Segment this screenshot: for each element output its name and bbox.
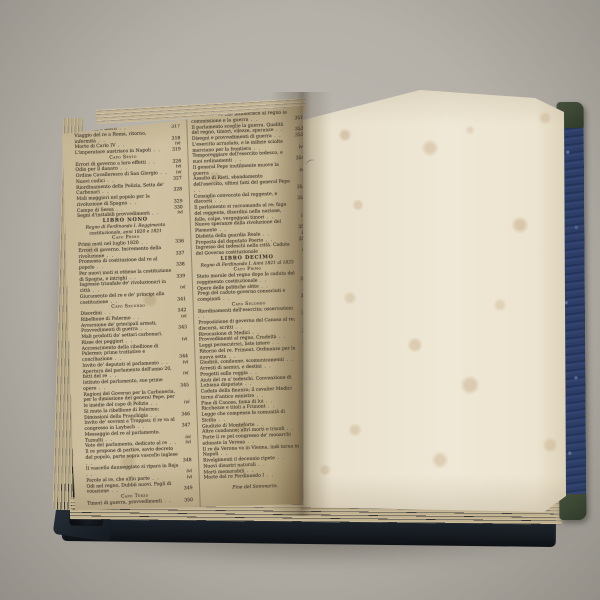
toc-page-number: 349 bbox=[184, 486, 193, 492]
pencil-mark bbox=[305, 159, 316, 169]
toc-column-left: Matrimoni e morti317Viaggio del re a Rom… bbox=[74, 124, 193, 509]
toc-footer: Fine del Sommario. bbox=[204, 483, 316, 493]
toc-page-number: ivi bbox=[177, 210, 183, 216]
toc-entry-text: Giuramento del re e de' principi alla co… bbox=[80, 292, 165, 306]
blank-right-page bbox=[300, 86, 568, 518]
toc-entry-text: Pregi del caduto governo conosciuti e co… bbox=[197, 289, 285, 303]
toc-page-number: 341 bbox=[177, 297, 186, 303]
toc-entry-text: Accrescimento della ribellione di Palerm… bbox=[82, 344, 159, 363]
photo-of-open-antique-book: Matrimoni e morti317Viaggio del re a Rom… bbox=[0, 0, 600, 600]
table-of-contents-page: Matrimoni e morti317Viaggio del re a Rom… bbox=[60, 106, 303, 510]
toc-page-number: 350 bbox=[184, 498, 193, 504]
toc-column-right: Lettera del re che intimorisce al regno … bbox=[186, 110, 317, 514]
toc-entry-text: Morte del re Ferdinando I bbox=[204, 473, 275, 480]
toc-entry-text: Odi nel regno, Dubbii nuovi. Fogli di vo… bbox=[86, 481, 171, 495]
toc-page-number: 319 bbox=[172, 147, 181, 153]
toc-entry-text: Ingresso dei tedeschi nella città. Cadut… bbox=[196, 243, 290, 257]
